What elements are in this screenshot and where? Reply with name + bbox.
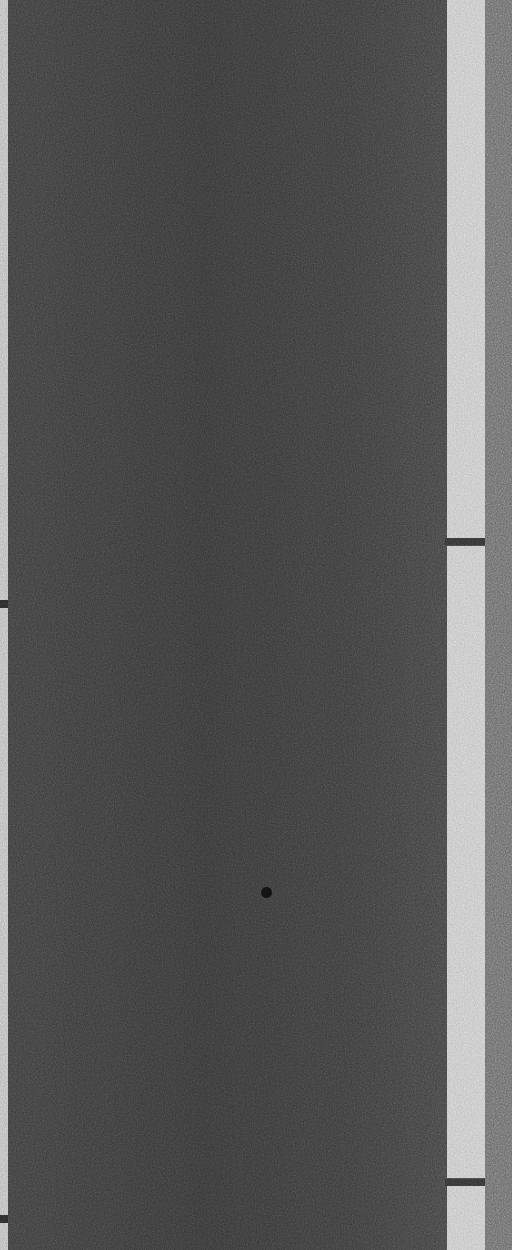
texture-noise — [0, 0, 512, 1250]
road-image — [0, 0, 512, 1250]
